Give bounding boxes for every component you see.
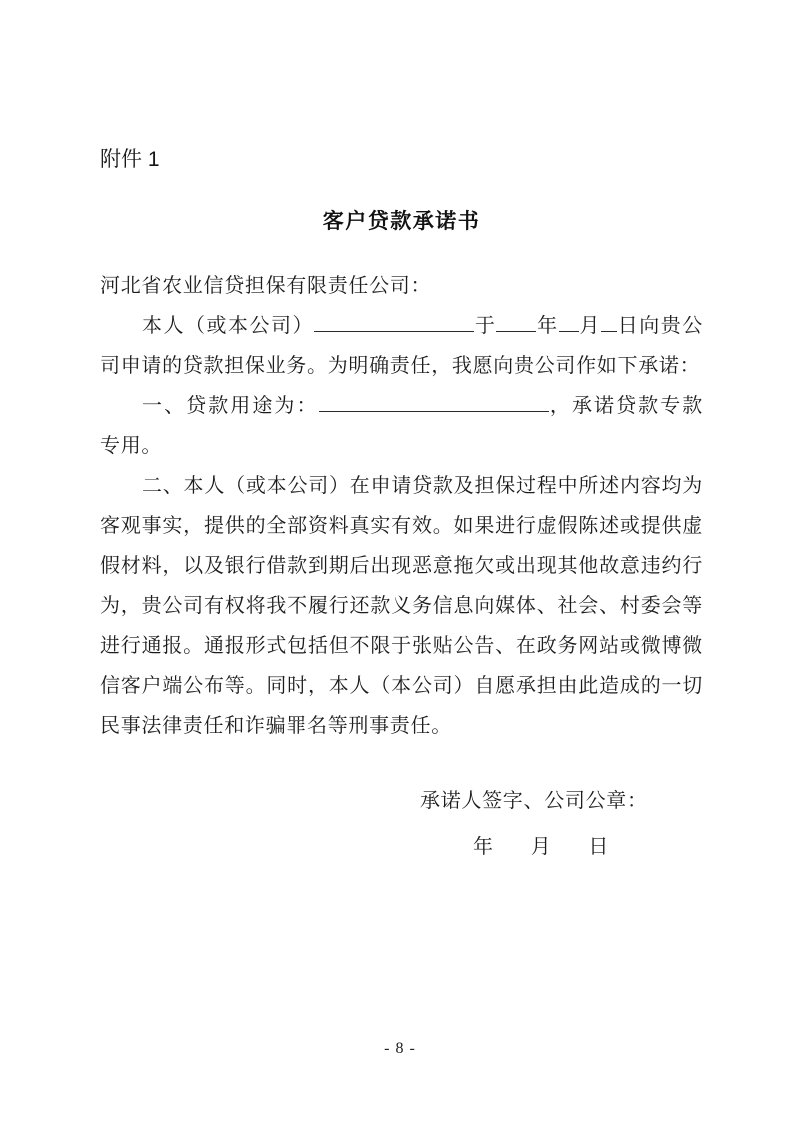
clause-one: 一、贷款用途为：，承诺贷款专款专用。 xyxy=(100,386,703,466)
blank-day xyxy=(601,314,617,332)
attachment-label: 附件 1 xyxy=(100,146,703,174)
blank-year xyxy=(496,314,536,332)
intro-text-yu: 于 xyxy=(474,315,496,337)
signature-block: 承诺人签字、公司公章： 年月日 xyxy=(420,788,703,860)
salutation-line: 河北省农业信贷担保有限责任公司： xyxy=(100,266,703,306)
page-number: - 8 - xyxy=(0,1040,800,1058)
document-title: 客户贷款承诺书 xyxy=(100,205,703,238)
intro-text-month: 月 xyxy=(579,315,601,337)
clause-two: 二、本人（或本公司）在申请贷款及担保过程中所述内容均为客观事实，提供的全部资料真… xyxy=(100,466,703,746)
signature-date-line: 年月日 xyxy=(420,834,703,860)
blank-applicant-name xyxy=(314,314,474,332)
intro-text-before-name: 本人（或本公司） xyxy=(142,315,314,337)
clause-one-label: 一、贷款用途为： xyxy=(142,395,319,417)
blank-month xyxy=(559,314,579,332)
signature-month-label: 月 xyxy=(531,836,552,858)
document-page: 附件 1 客户贷款承诺书 河北省农业信贷担保有限责任公司： 本人（或本公司）于年… xyxy=(0,0,800,1131)
signature-year-label: 年 xyxy=(473,836,494,858)
intro-text-year: 年 xyxy=(536,315,558,337)
blank-loan-purpose xyxy=(319,394,549,412)
signature-caption: 承诺人签字、公司公章： xyxy=(420,788,703,814)
signature-day-label: 日 xyxy=(588,836,609,858)
paragraph-intro: 本人（或本公司）于年月日向贵公司申请的贷款担保业务。为明确责任，我愿向贵公司作如… xyxy=(100,306,703,386)
